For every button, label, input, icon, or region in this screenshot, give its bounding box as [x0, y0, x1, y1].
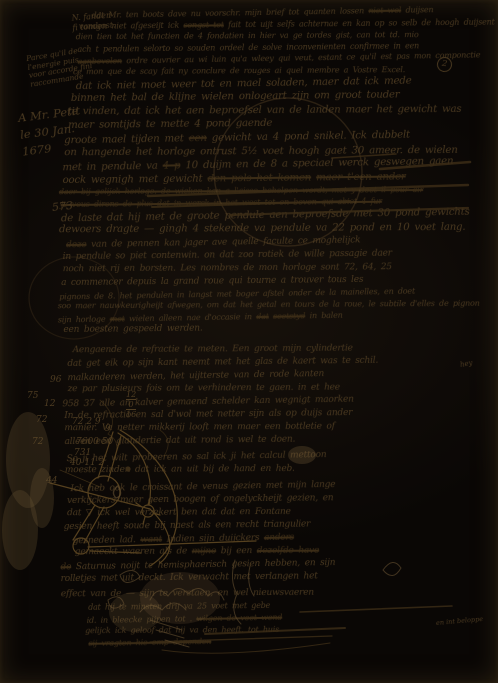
manuscript-page: dat Mr. ten boots dave nu voorschr. mijn… — [0, 0, 498, 683]
manuscript-line: te vinden, dat ick het aen beproefsel va… — [56, 103, 458, 119]
calculation-number: 7600 50 — [76, 437, 113, 447]
manuscript-line: noch niet rij en borsten. Les nombres de… — [57, 260, 459, 275]
calculation-number: 75 — [27, 391, 38, 401]
calculation-number: 9 — [105, 424, 111, 434]
handwriting-block: dat Mr. ten boots dave nu voorschr. mijn… — [55, 5, 464, 649]
top-margin-fragment: N. fanden fi tomgost. — [71, 11, 116, 33]
calculation-number: 731 — [74, 448, 91, 458]
right-edge-fragment: hey — [459, 359, 473, 369]
archive-number: 573 — [51, 199, 73, 214]
calculation-number: 12 — [44, 399, 55, 409]
calculation-number: 72 2 9 — [72, 417, 101, 427]
photo-background: { "colors": { "background": "#0a0705", "… — [0, 0, 498, 683]
calculation-number: 96 — [50, 375, 61, 385]
calculation-number: 72 — [32, 437, 43, 447]
calculation-number: 40 11 2 — [70, 458, 104, 468]
calculation-number: 44 — [46, 476, 57, 486]
calculation-number: 72 — [36, 415, 47, 425]
manuscript-line: moeste zinden dat ick an uit bij de hand… — [59, 462, 461, 477]
address-margin-note: A Mr. Petit le 30 Jan. 1679 — [17, 102, 85, 160]
calculation-number: 12016 — [126, 390, 136, 419]
